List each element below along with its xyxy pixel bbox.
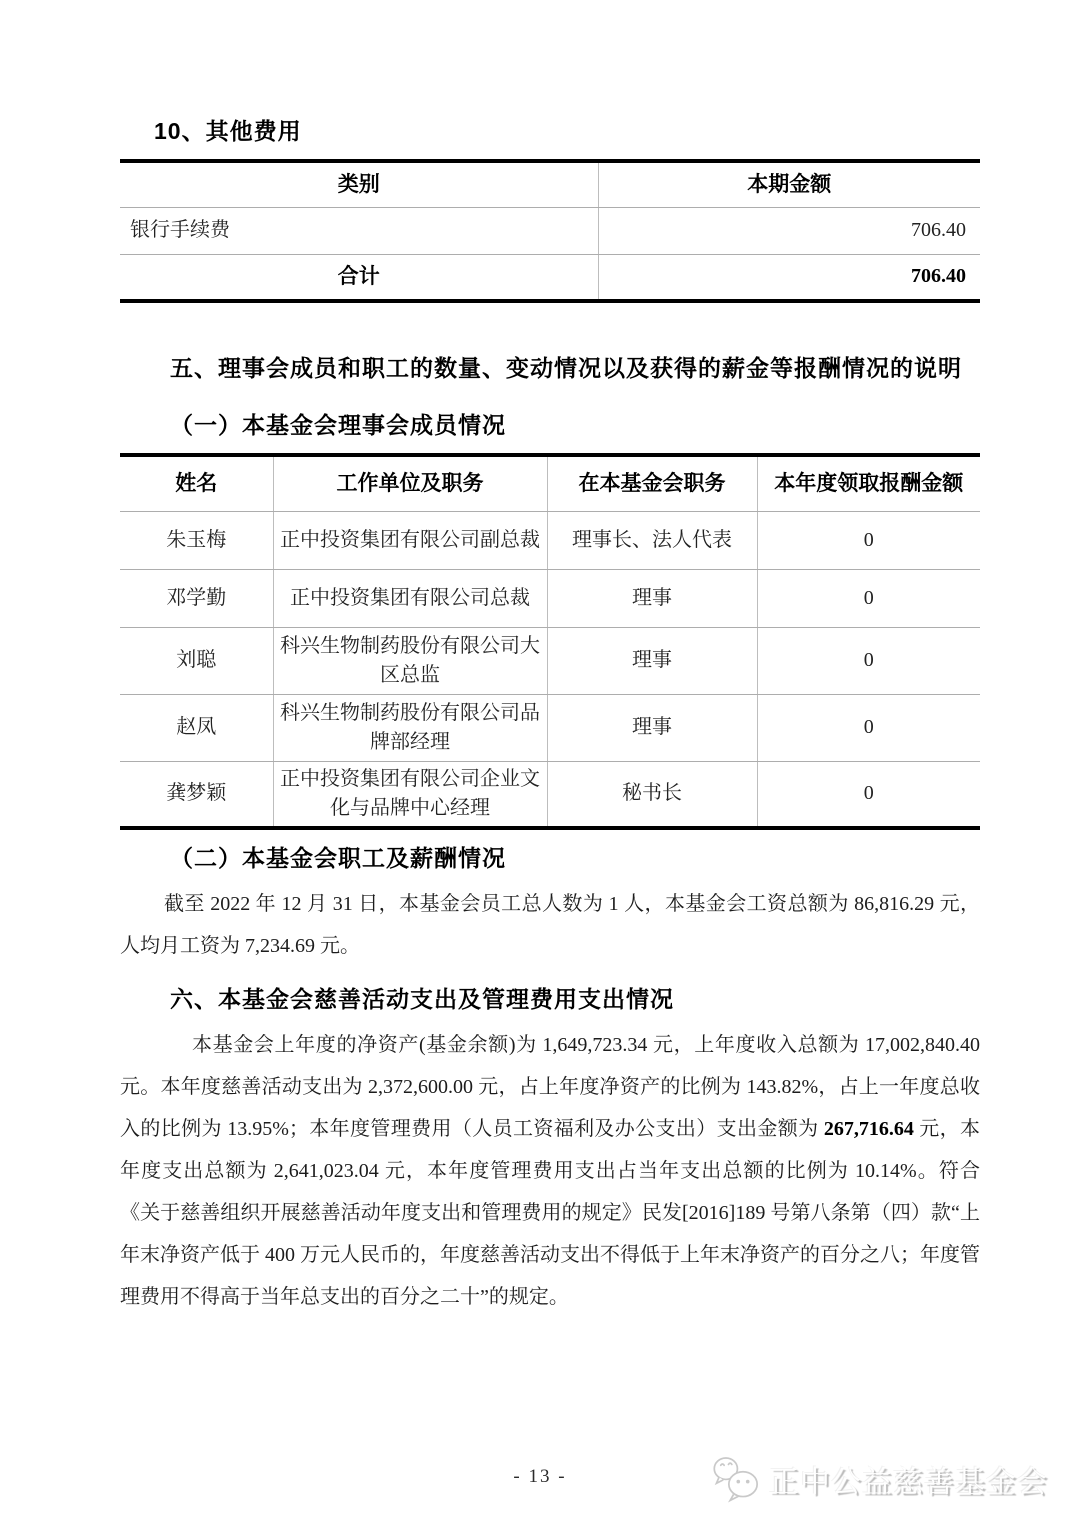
table-row: 刘聪 科兴生物制药股份有限公司大区总监 理事 0	[120, 627, 980, 694]
member-name-cell: 赵凤	[120, 694, 273, 761]
expense-col-amount: 本期金额	[598, 161, 980, 207]
members-col-role: 在本基金会职务	[547, 455, 757, 511]
section-5-1-heading: （一）本基金会理事会成员情况	[170, 410, 980, 440]
expense-category-cell: 银行手续费	[120, 207, 598, 254]
member-pay-cell: 0	[757, 694, 980, 761]
expenditure-bold-amount: 267,716.64	[824, 1118, 914, 1140]
section-10-heading: 10、其他费用	[154, 116, 980, 146]
watermark: 正中公益慈善基金会	[711, 1455, 1048, 1503]
section-5-2-heading: （二）本基金会职工及薪酬情况	[170, 843, 980, 873]
member-name-cell: 邓学勤	[120, 569, 273, 627]
member-name-cell: 朱玉梅	[120, 511, 273, 569]
table-row: 邓学勤 正中投资集团有限公司总裁 理事 0	[120, 569, 980, 627]
board-members-table: 姓名 工作单位及职务 在本基金会职务 本年度领取报酬金额 朱玉梅 正中投资集团有…	[120, 453, 980, 830]
member-employer-cell: 正中投资集团有限公司企业文化与品牌中心经理	[273, 761, 547, 828]
other-expenses-table: 类别 本期金额 银行手续费 706.40 合计 706.40	[120, 159, 980, 303]
page-content: 10、其他费用 类别 本期金额 银行手续费 706.40 合计 706.40	[120, 0, 980, 1318]
members-col-name: 姓名	[120, 455, 273, 511]
member-role-cell: 理事	[547, 569, 757, 627]
members-col-pay: 本年度领取报酬金额	[757, 455, 980, 511]
member-pay-cell: 0	[757, 761, 980, 828]
expense-total-amount: 706.40	[598, 254, 980, 301]
member-role-cell: 秘书长	[547, 761, 757, 828]
member-pay-cell: 0	[757, 569, 980, 627]
expense-amount-cell: 706.40	[598, 207, 980, 254]
expense-header-row: 类别 本期金额	[120, 161, 980, 207]
member-name-cell: 龚梦颖	[120, 761, 273, 828]
table-total-row: 合计 706.40	[120, 254, 980, 301]
member-employer-cell: 科兴生物制药股份有限公司品牌部经理	[273, 694, 547, 761]
member-pay-cell: 0	[757, 511, 980, 569]
members-col-employer: 工作单位及职务	[273, 455, 547, 511]
expense-col-category: 类别	[120, 161, 598, 207]
member-employer-cell: 正中投资集团有限公司副总裁	[273, 511, 547, 569]
table-row: 龚梦颖 正中投资集团有限公司企业文化与品牌中心经理 秘书长 0	[120, 761, 980, 828]
member-pay-cell: 0	[757, 627, 980, 694]
watermark-text: 正中公益慈善基金会	[769, 1457, 1048, 1501]
member-role-cell: 理事长、法人代表	[547, 511, 757, 569]
member-employer-cell: 正中投资集团有限公司总裁	[273, 569, 547, 627]
staff-salary-paragraph: 截至 2022 年 12 月 31 日，本基金会员工总人数为 1 人，本基金会工…	[120, 883, 980, 967]
member-role-cell: 理事	[547, 694, 757, 761]
expenditure-text-after: 元，本年度支出总额为 2,641,023.04 元，本年度管理费用支出占当年支出…	[120, 1118, 980, 1308]
section-6-heading: 六、本基金会慈善活动支出及管理费用支出情况	[170, 984, 980, 1014]
document-page: 10、其他费用 类别 本期金额 银行手续费 706.40 合计 706.40	[0, 0, 1080, 1528]
expense-total-label: 合计	[120, 254, 598, 301]
expenditure-paragraph: 本基金会上年度的净资产(基金余额)为 1,649,723.34 元，上年度收入总…	[120, 1024, 980, 1318]
wechat-icon	[711, 1455, 763, 1503]
section-5-heading: 五、理事会成员和职工的数量、变动情况以及获得的薪金等报酬情况的说明	[170, 353, 980, 383]
table-row: 银行手续费 706.40	[120, 207, 980, 254]
member-role-cell: 理事	[547, 627, 757, 694]
member-employer-cell: 科兴生物制药股份有限公司大区总监	[273, 627, 547, 694]
table-row: 赵凤 科兴生物制药股份有限公司品牌部经理 理事 0	[120, 694, 980, 761]
member-name-cell: 刘聪	[120, 627, 273, 694]
members-header-row: 姓名 工作单位及职务 在本基金会职务 本年度领取报酬金额	[120, 455, 980, 511]
table-row: 朱玉梅 正中投资集团有限公司副总裁 理事长、法人代表 0	[120, 511, 980, 569]
